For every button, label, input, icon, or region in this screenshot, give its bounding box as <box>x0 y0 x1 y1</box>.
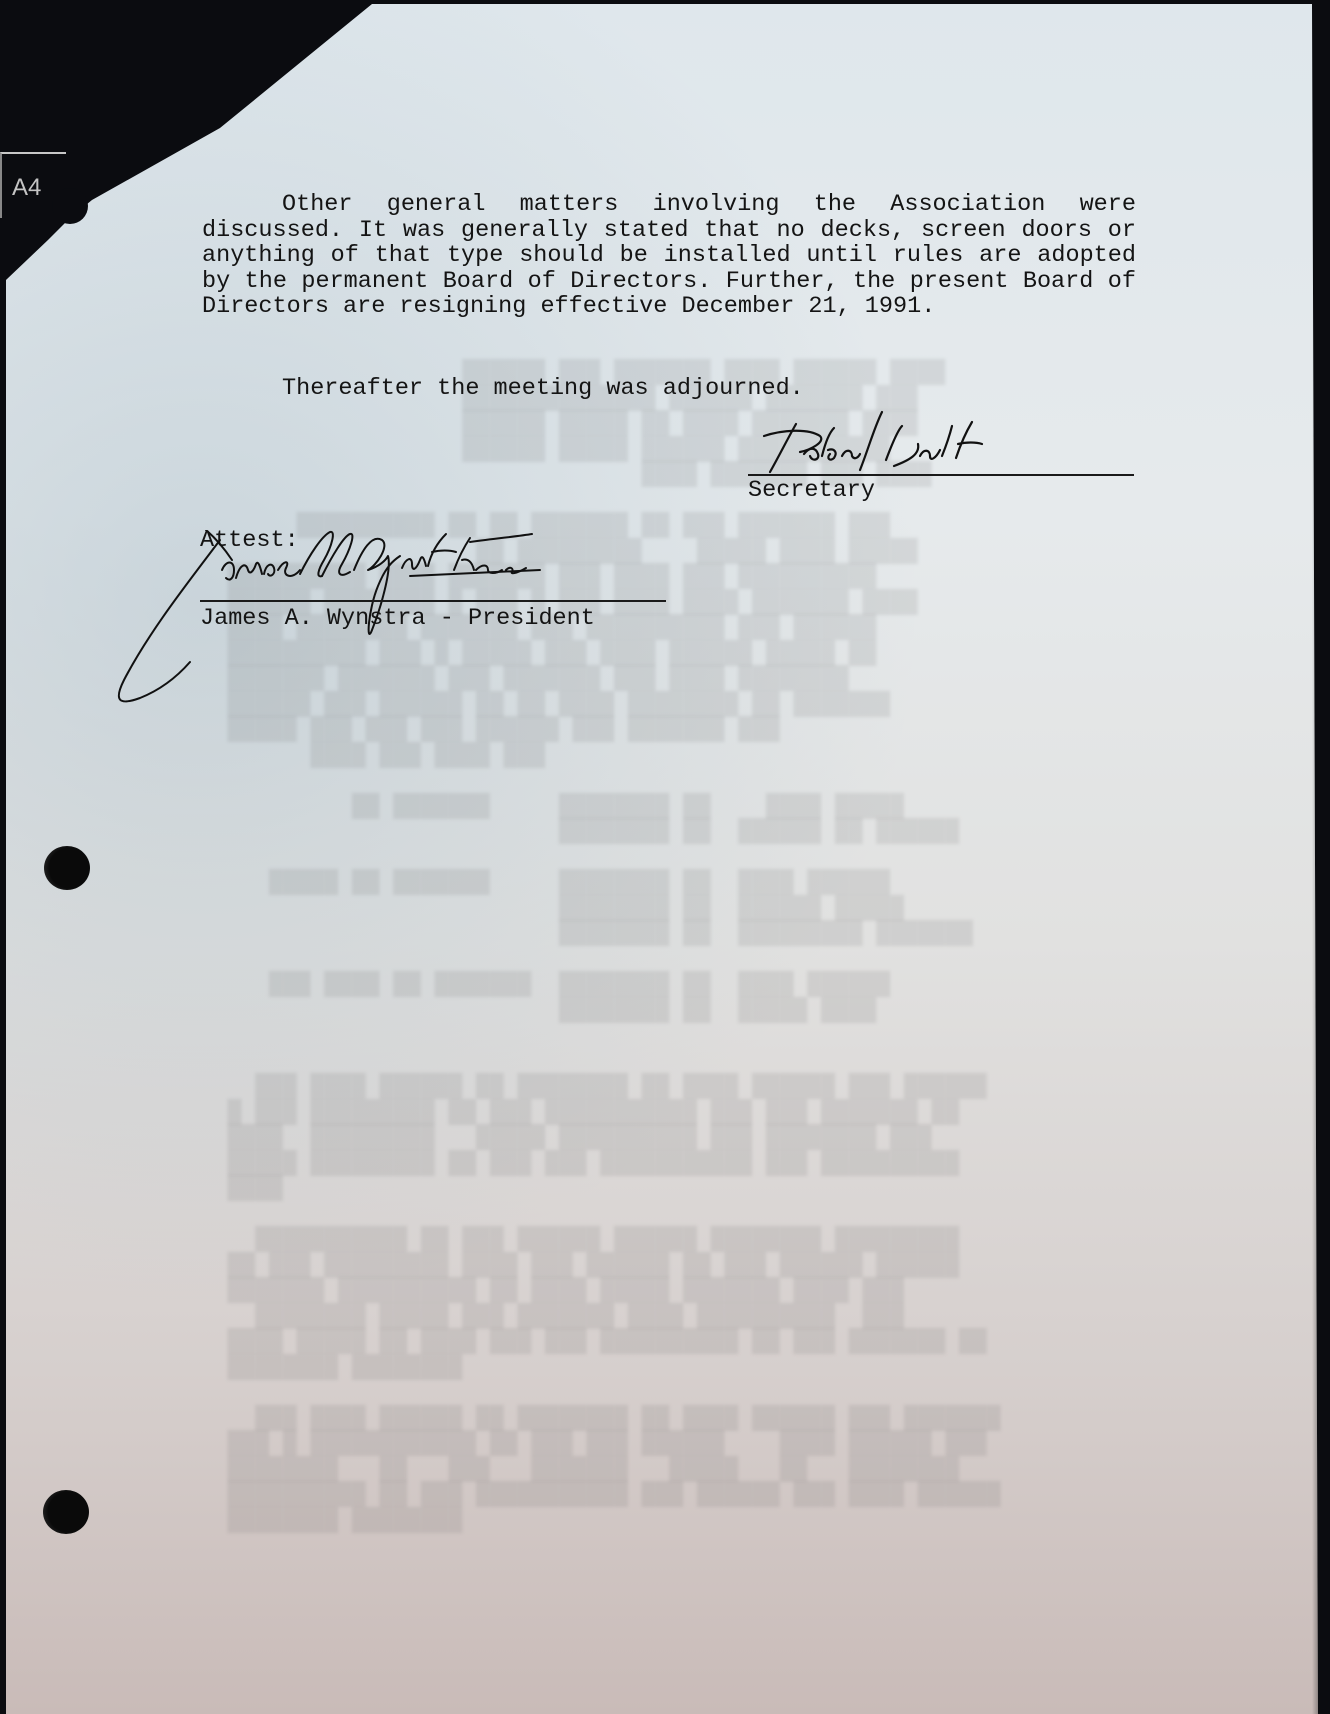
closing-line: Thereafter the meeting was adjourned. <box>282 376 804 402</box>
attest-label: Attest: <box>200 528 299 554</box>
punch-hole <box>44 846 90 890</box>
president-signature-line <box>200 600 666 602</box>
secretary-signature-icon <box>760 410 1020 480</box>
punch-hole <box>43 1490 89 1534</box>
secretary-signature-line <box>748 474 1134 476</box>
paper-sheet: ██████ ███ ███████ ████ ██████ ████ ████… <box>0 0 1330 1714</box>
body-paragraph-text: Other general matters involving the Asso… <box>202 191 1136 320</box>
secretary-title: Secretary <box>748 478 875 504</box>
corner-notch <box>52 188 88 224</box>
body-paragraph: Other general matters involving the Asso… <box>202 192 1136 320</box>
reverse-side-show-through: ██████ ███ ███████ ████ ██████ ████ ████… <box>200 360 1130 1533</box>
paper-edge-shadow <box>1312 4 1318 1714</box>
president-signer-name: James A. Wynstra - President <box>200 606 595 632</box>
